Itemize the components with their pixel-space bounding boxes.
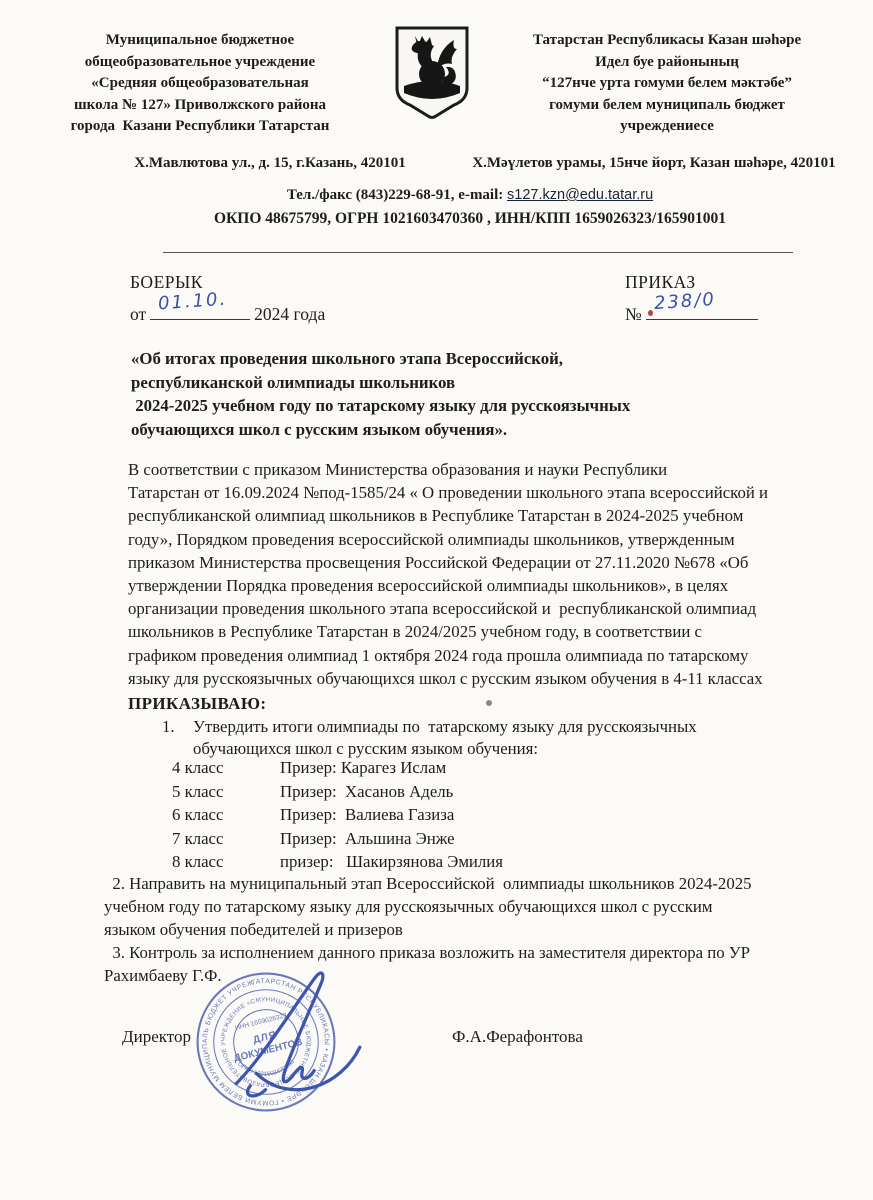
winners-list: 4 классПризер: Карагез Ислам 5 классПриз… <box>172 756 503 874</box>
winner-award: Призер: Хасанов Адель <box>280 782 453 801</box>
winner-row: 6 классПризер: Валиева Газиза <box>172 803 503 827</box>
order-item-1: 1. Утвердить итоги олимпиады по татарско… <box>162 716 802 760</box>
winner-row: 7 классПризер: Альшина Энже <box>172 827 503 851</box>
order-title-tatar: БОЕРЫК <box>130 272 203 293</box>
handwritten-number: 238/0 <box>653 289 716 314</box>
winner-grade: 4 класс <box>172 756 280 780</box>
director-signature <box>222 962 374 1104</box>
winner-grade: 7 класс <box>172 827 280 851</box>
organization-name-russian: Муниципальное бюджетноеобщеобразовательн… <box>48 30 352 138</box>
date-prefix: от <box>130 304 146 324</box>
phone-fax-label: Тел./факс (843)229-68-91, e-mail: <box>287 187 507 203</box>
winner-row: 4 классПризер: Карагез Ислам <box>172 756 503 780</box>
email-address: s127.kzn@edu.tatar.ru <box>507 187 653 203</box>
order-date-line: от01.10.2024 года <box>130 299 325 325</box>
order-title-russian: ПРИКАЗ <box>625 272 696 293</box>
winner-row: 8 класспризер: Шакирзянова Эмилия <box>172 850 503 874</box>
winner-grade: 8 класс <box>172 850 280 874</box>
winner-award: Призер: Карагез Ислам <box>280 758 446 777</box>
item-1-text: Утвердить итоги олимпиады по татарскому … <box>193 716 802 760</box>
order-item-2: 2. Направить на муниципальный этап Всеро… <box>104 872 872 942</box>
handwritten-date: 01.10. <box>158 289 229 315</box>
phone-email-line: Тел./факс (843)229-68-91, e-mail: s127.k… <box>70 187 870 204</box>
signer-role: Директор <box>122 1027 191 1047</box>
winner-award: Призер: Валиева Газиза <box>280 805 454 824</box>
winner-row: 5 классПризер: Хасанов Адель <box>172 780 503 804</box>
signer-name: Ф.А.Ферафонтова <box>452 1027 583 1047</box>
winner-grade: 6 класс <box>172 803 280 827</box>
winner-award: Призер: Альшина Энже <box>280 829 455 848</box>
resolve-heading: ПРИКАЗЫВАЮ: <box>128 694 266 714</box>
date-blank: 01.10. <box>150 299 250 320</box>
red-ink-speck <box>648 310 653 316</box>
winner-award: призер: Шакирзянова Эмилия <box>280 852 503 871</box>
scanned-order-document: Муниципальное бюджетноеобщеобразовательн… <box>0 0 873 1200</box>
order-subject: «Об итогах проведения школьного этапа Вс… <box>131 347 831 441</box>
order-number-line: №238/0 <box>625 299 758 325</box>
winner-grade: 5 класс <box>172 780 280 804</box>
organization-name-tatar: Татарстан Республикасы Казан шәһәреИдел … <box>468 30 866 138</box>
address-russian: Х.Мавлютова ул., д. 15, г.Казань, 420101 <box>100 155 440 172</box>
date-suffix: 2024 года <box>254 304 325 324</box>
number-sign: № <box>625 304 642 324</box>
number-blank: 238/0 <box>646 299 758 320</box>
address-tatar: Х.Мәүлетов урамы, 15нче йорт, Казан шәһә… <box>442 155 866 172</box>
item-1-number: 1. <box>162 716 175 738</box>
kazan-coat-of-arms-icon <box>392 24 472 124</box>
letterhead-divider <box>163 252 793 253</box>
gray-scan-speck <box>486 700 492 706</box>
preamble-paragraph: В соответствии с приказом Министерства о… <box>128 458 870 690</box>
registration-codes-line: ОКПО 48675799, ОГРН 1021603470360 , ИНН/… <box>70 210 870 228</box>
